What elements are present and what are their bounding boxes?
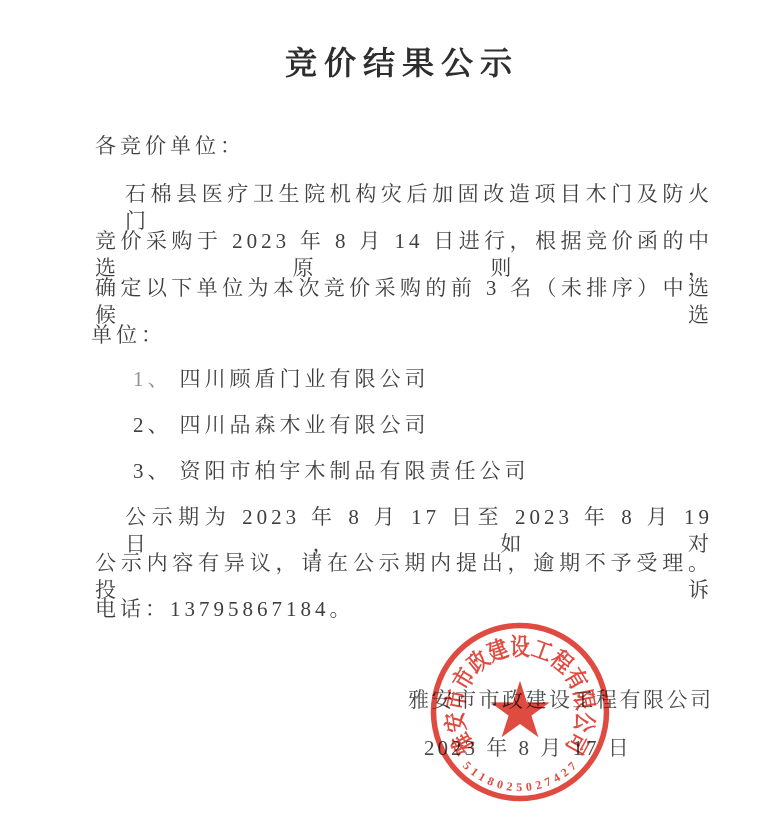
winner-marker: 1、 [133,367,173,391]
winner-item: 1、四川顾盾门业有限公司 [95,366,713,393]
winner-marker: 3、 [133,459,173,483]
winner-marker: 2、 [133,413,173,437]
winner-name: 四川品森木业有限公司 [180,413,430,437]
body-line: 确定以下单位为本次竞价采购的前 3 名（未排序）中选候选 [95,275,713,329]
page-title: 竞价结果公示 [0,38,778,84]
body-line: 竞价采购于 2023 年 8 月 14 日进行，根据竞价函的中选原则， [95,228,713,282]
seal-star-icon [490,681,549,738]
winner-name: 四川顾盾门业有限公司 [180,367,430,391]
body-line: 电话：13795867184。 [95,596,713,623]
salutation-line: 各竞价单位： [95,133,713,160]
body-line: 单位： [91,322,709,349]
official-seal: 雅安市市政建设工程有限公司 5118025027427 [428,620,612,804]
announcement-document: 竞价结果公示 各竞价单位： 石棉县医疗卫生院机构灾后加固改造项目木门及防火门 竞… [0,0,778,829]
winner-item: 3、资阳市柏宇木制品有限责任公司 [95,458,713,485]
winner-name: 资阳市柏宇木制品有限责任公司 [180,459,530,483]
winner-item: 2、四川品森木业有限公司 [95,412,713,439]
body-line: 石棉县医疗卫生院机构灾后加固改造项目木门及防火门 [95,181,713,235]
